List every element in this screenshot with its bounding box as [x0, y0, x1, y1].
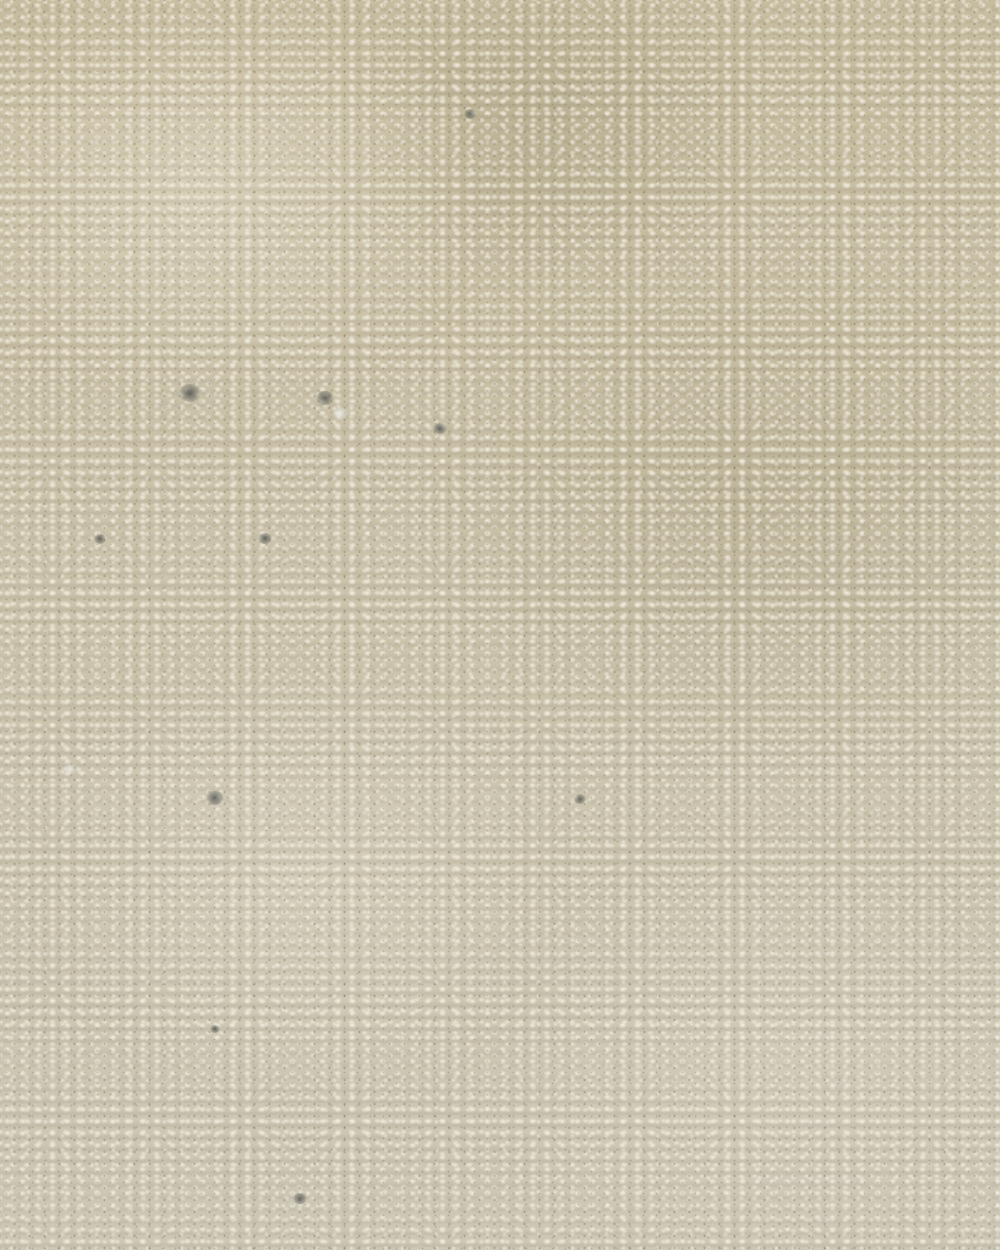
fiber-fleck	[94, 534, 106, 544]
fiber-fleck	[574, 794, 586, 804]
fiber-fleck	[64, 764, 76, 774]
pile-row-structure	[0, 0, 1000, 1250]
fiber-fleck	[179, 384, 201, 402]
rug-texture-photo	[0, 0, 1000, 1250]
fiber-fleck	[210, 1025, 220, 1033]
fiber-fleck	[464, 109, 476, 119]
fiber-fleck	[332, 407, 348, 420]
